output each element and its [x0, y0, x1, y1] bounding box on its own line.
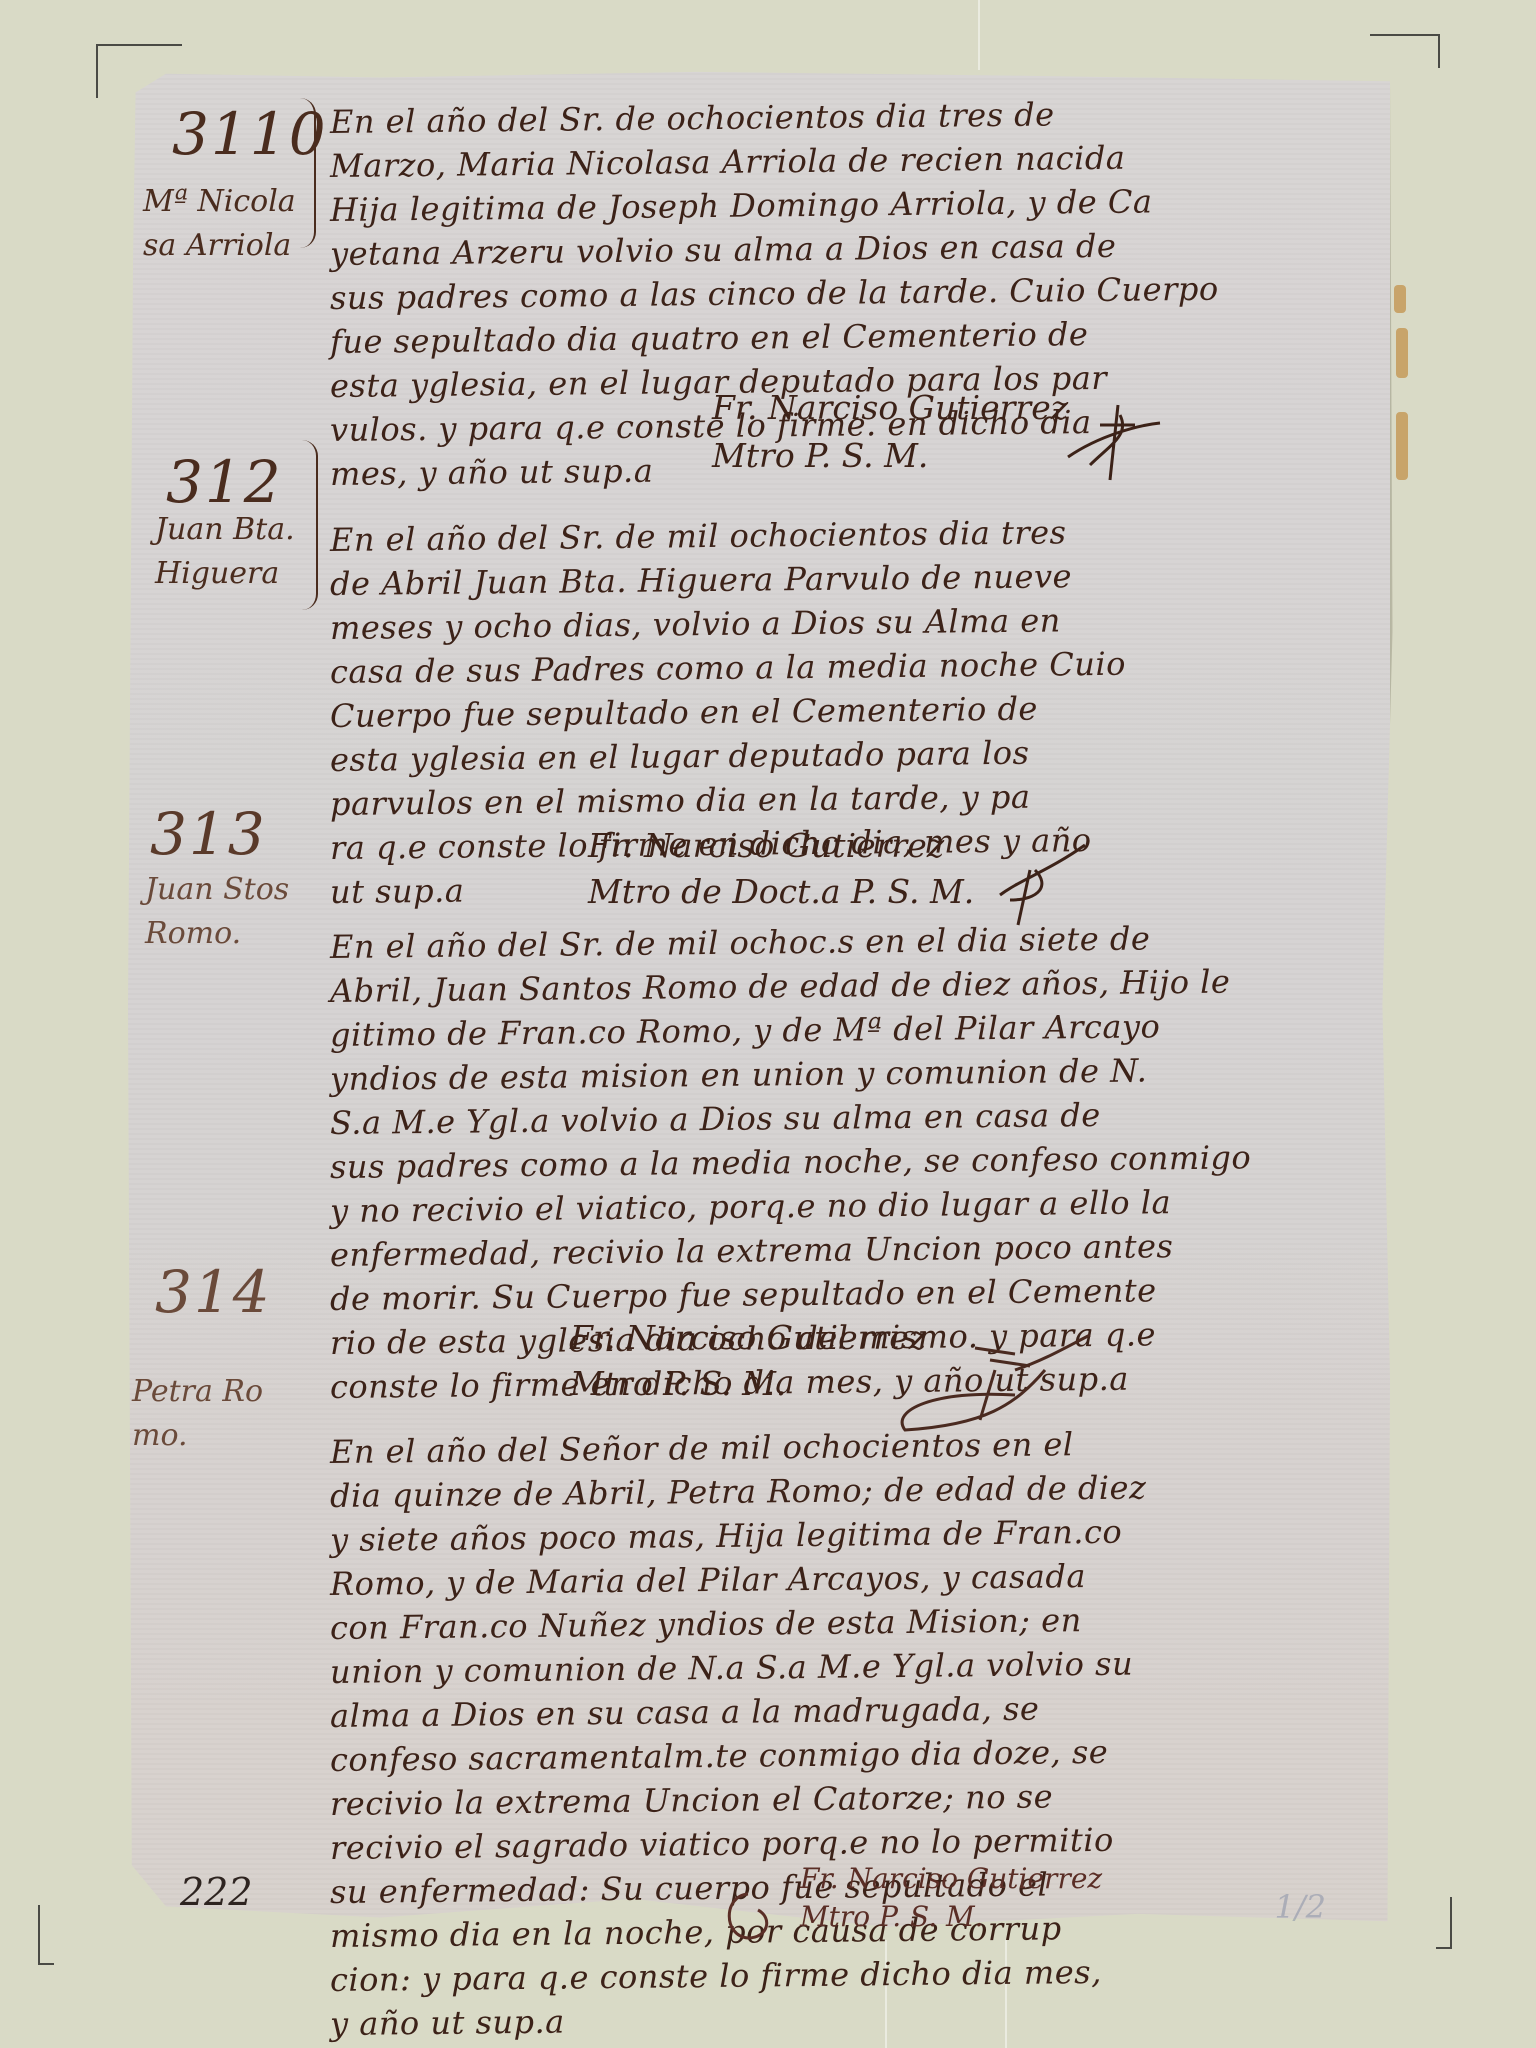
- entry-number: 314: [155, 1258, 272, 1326]
- margin-name-line: Juan Bta.: [155, 508, 295, 552]
- corner-mark-bottom-left: [38, 1905, 54, 1965]
- corner-mark-top-right: [1370, 34, 1440, 68]
- corner-mark-bottom-right: [1436, 1897, 1452, 1949]
- entry-number: 312: [166, 448, 283, 516]
- signature-name: Fr. Narciso Gutierrez: [712, 388, 1068, 427]
- rubric-flourish-icon: [718, 1888, 788, 1944]
- margin-brace: [300, 98, 316, 248]
- signature-name: Fr. Narciso Gutierrez: [570, 1318, 926, 1357]
- margin-name: Juan Bta. Higuera: [155, 508, 295, 596]
- margin-name-line: mo.: [132, 1414, 263, 1458]
- margin-name-line: Juan Stos: [145, 868, 289, 912]
- signature-title: Mtro P. S. M.: [800, 1900, 984, 1933]
- edge-stain: [1394, 285, 1406, 313]
- entry-number: 313: [150, 800, 267, 868]
- board-seam-top: [978, 0, 980, 70]
- margin-name-line: Mª Nicola: [143, 180, 296, 224]
- rubric-flourish-icon: [1060, 395, 1170, 485]
- signature-name: Fr. Narciso Gutierrez: [800, 1862, 1102, 1895]
- margin-name: Mª Nicola sa Arriola: [143, 180, 296, 268]
- signature-title: Mtro P. S. M.: [570, 1364, 786, 1403]
- margin-brace: [302, 440, 318, 610]
- faint-pencil-mark: 1/2: [1275, 1888, 1327, 1926]
- margin-name-line: Higuera: [155, 552, 295, 596]
- margin-name: Petra Ro mo.: [132, 1370, 263, 1458]
- text-line: y año ut sup.a: [330, 1993, 1190, 2046]
- signature-name: Fr. Narciso Gutierrez: [588, 826, 944, 865]
- margin-name-line: Petra Ro: [132, 1370, 263, 1414]
- margin-name-line: sa Arriola: [143, 224, 296, 268]
- signature-title: Mtro de Doct.a P. S. M.: [588, 872, 974, 911]
- edge-stain: [1396, 328, 1408, 378]
- signature-title: Mtro P. S. M.: [712, 436, 928, 475]
- margin-name: Juan Stos Romo.: [145, 868, 289, 956]
- burial-entry: En el año del Señor de mil ochocientos e…: [330, 1430, 1190, 2046]
- margin-name-line: Romo.: [145, 912, 289, 956]
- edge-stain: [1396, 412, 1408, 480]
- folio-number: 222: [180, 1870, 253, 1914]
